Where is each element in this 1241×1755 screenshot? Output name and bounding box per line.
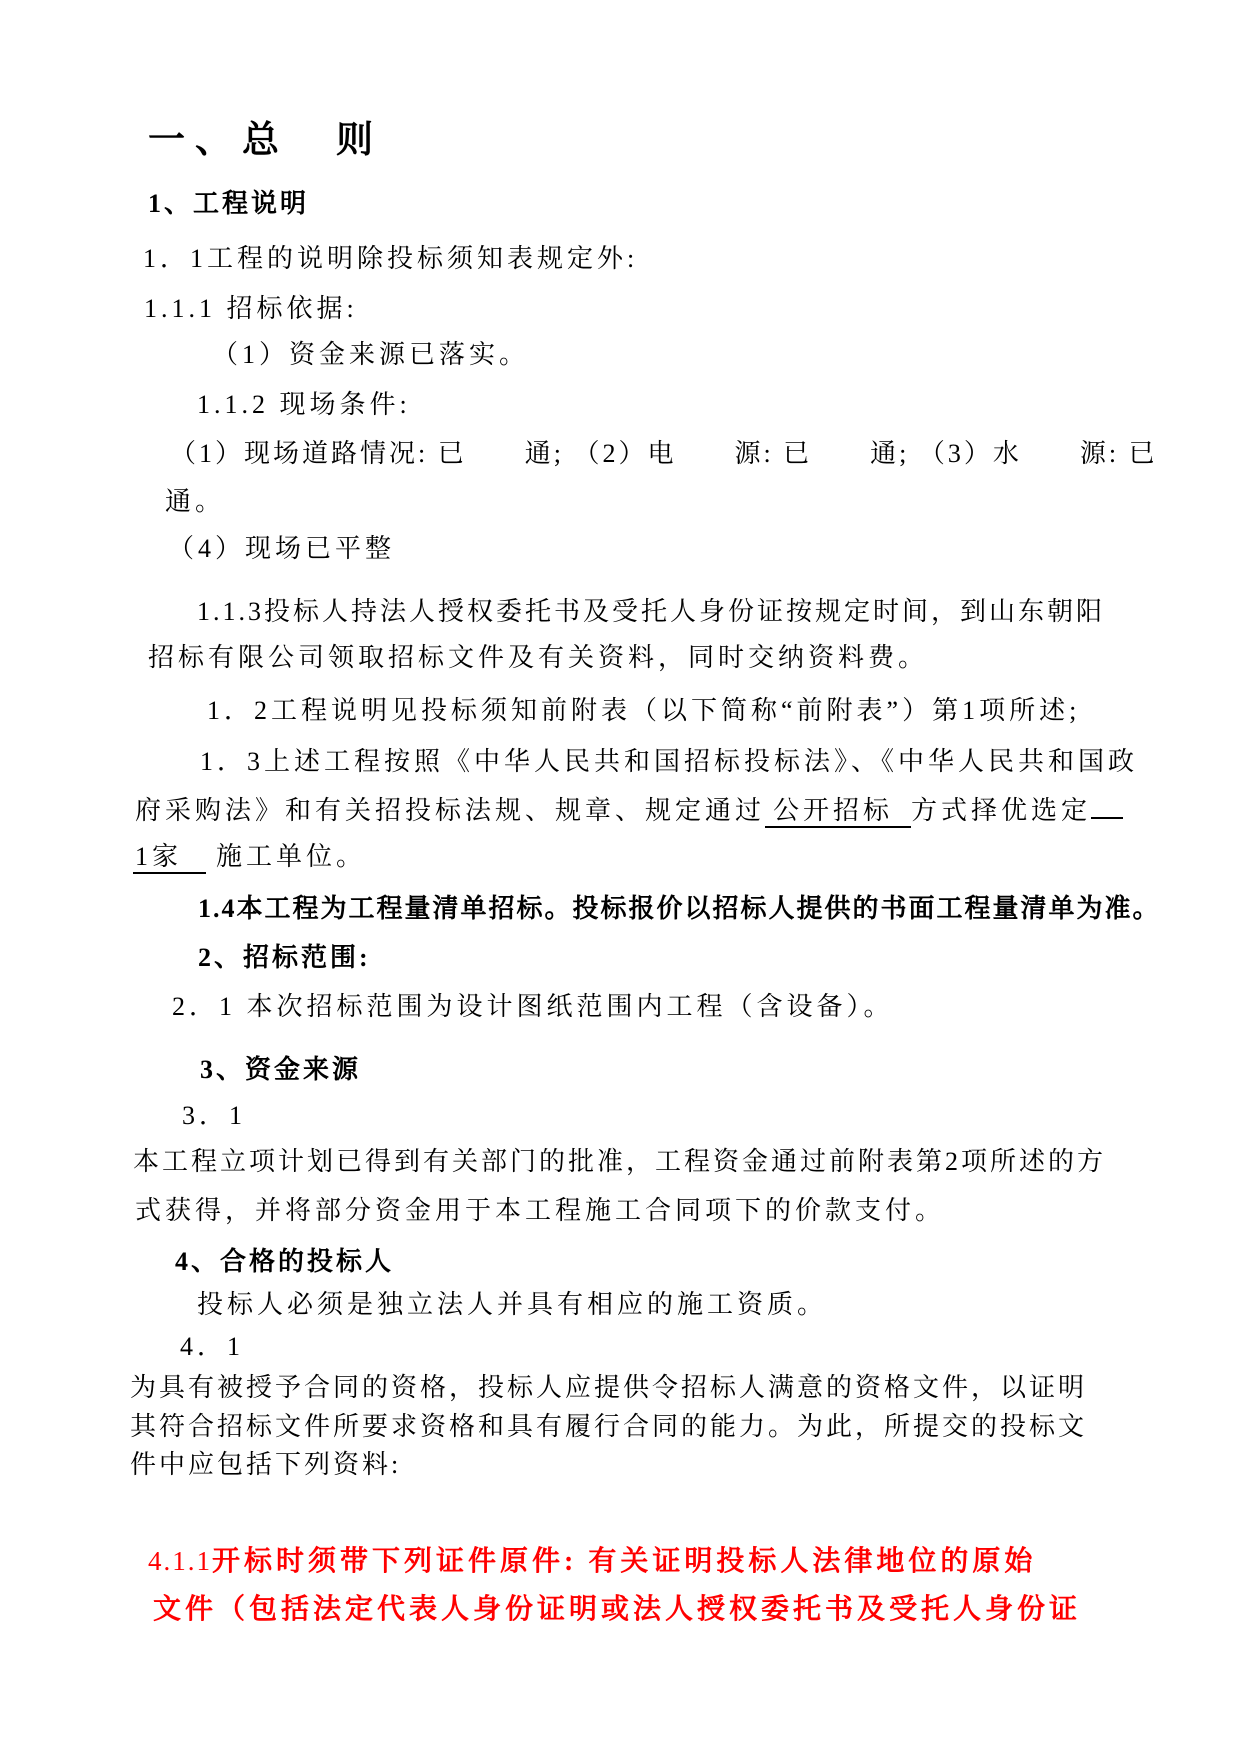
winner-count-blank-field: 1家 [133,842,206,874]
para-funding-confirmed: （1）资金来源已落实。 [212,340,529,370]
para-4-intro: 投标人必须是独立法人并具有相应的施工资质。 [197,1290,827,1320]
para-1-1-3-line2: 招标有限公司领取招标文件及有关资料，同时交纳资料费。 [148,643,928,673]
para-1-3-line3-rest: 施工单位。 [216,842,366,871]
para-site-road-power-water: （1）现场道路情况: 已 通; （2）电 源: 已 通; （3）水 源: 已 [170,439,1158,469]
para-1-1-2-site-conditions: 1.1.2 现场条件: [197,390,411,420]
para-3-1-line2: 式获得，并将部分资金用于本工程施工合同项下的价款支付。 [135,1196,945,1226]
para-1-3-line2-prefix: 府采购法》和有关招投标法规、规章、规定通过 [135,796,765,825]
para-1-1-1-bid-basis: 1.1.1 招标依据: [144,294,358,324]
para-4-1-1-number: 4.1.1 [148,1546,212,1576]
para-1-1: 1．1工程的说明除投标须知表规定外: [143,244,638,274]
para-4-1-number: 4．1 [180,1332,244,1362]
para-1-2: 1．2工程说明见投标须知前附表（以下简称“前附表”）第1项所述; [207,696,1080,726]
para-4-1-1-line1-text: 开标时须带下列证件原件: 有关证明投标人法律地位的原始 [212,1546,1036,1577]
para-4-1-line1: 为具有被授予合同的资格，投标人应提供令招标人满意的资格文件，以证明 [130,1373,1087,1403]
para-4-1-1-line1: 4.1.1开标时须带下列证件原件: 有关证明投标人法律地位的原始 [148,1546,1036,1578]
para-1-4-boq-tender: 1.4本工程为工程量清单招标。投标报价以招标人提供的书面工程量清单为准。 [198,894,1161,924]
para-1-3-line2: 府采购法》和有关招投标法规、规章、规定通过公开招标方式择优选定 [135,791,1123,826]
heading-qualified-bidders: 4、合格的投标人 [175,1247,394,1277]
document-page: 一、总 则 1、工程说明 1．1工程的说明除投标须知表规定外: 1.1.1 招标… [0,0,1241,1755]
para-2-1-scope: 2．1 本次招标范围为设计图纸范围内工程（含设备）。 [172,992,894,1022]
para-1-1-3-line1: 1.1.3投标人持法人授权委托书及受托人身份证按规定时间，到山东朝阳 [197,597,1105,627]
para-3-1-number: 3．1 [182,1101,246,1131]
heading-project-description: 1、工程说明 [148,189,309,219]
para-4-1-line3: 件中应包括下列资料: [130,1450,401,1480]
para-site-leveled: （4）现场已平整 [168,534,395,564]
para-1-3-line1: 1．3上述工程按照《中华人民共和国招标投标法》、《中华人民共和国政 [200,747,1138,777]
trailing-blank-underline [1091,791,1123,819]
bid-method-blank-field: 公开招标 [765,796,911,828]
heading-funding-source: 3、资金来源 [200,1055,361,1085]
para-4-1-1-line2: 文件（包括法定代表人身份证明或法人授权委托书及受托人身份证 [153,1594,1081,1626]
para-site-continued: 通。 [165,487,225,517]
para-4-1-line2: 其符合招标文件所要求资格和具有履行合同的能力。为此，所提交的投标文 [130,1412,1087,1442]
para-1-3-line3: 1家施工单位。 [133,842,366,872]
para-1-3-line2-middle: 方式择优选定 [911,796,1091,825]
doc-title: 一、总 则 [148,120,383,163]
para-3-1-line1: 本工程立项计划已得到有关部门的批准，工程资金通过前附表第2项所述的方 [133,1147,1106,1177]
heading-bid-scope: 2、招标范围: [198,943,371,973]
